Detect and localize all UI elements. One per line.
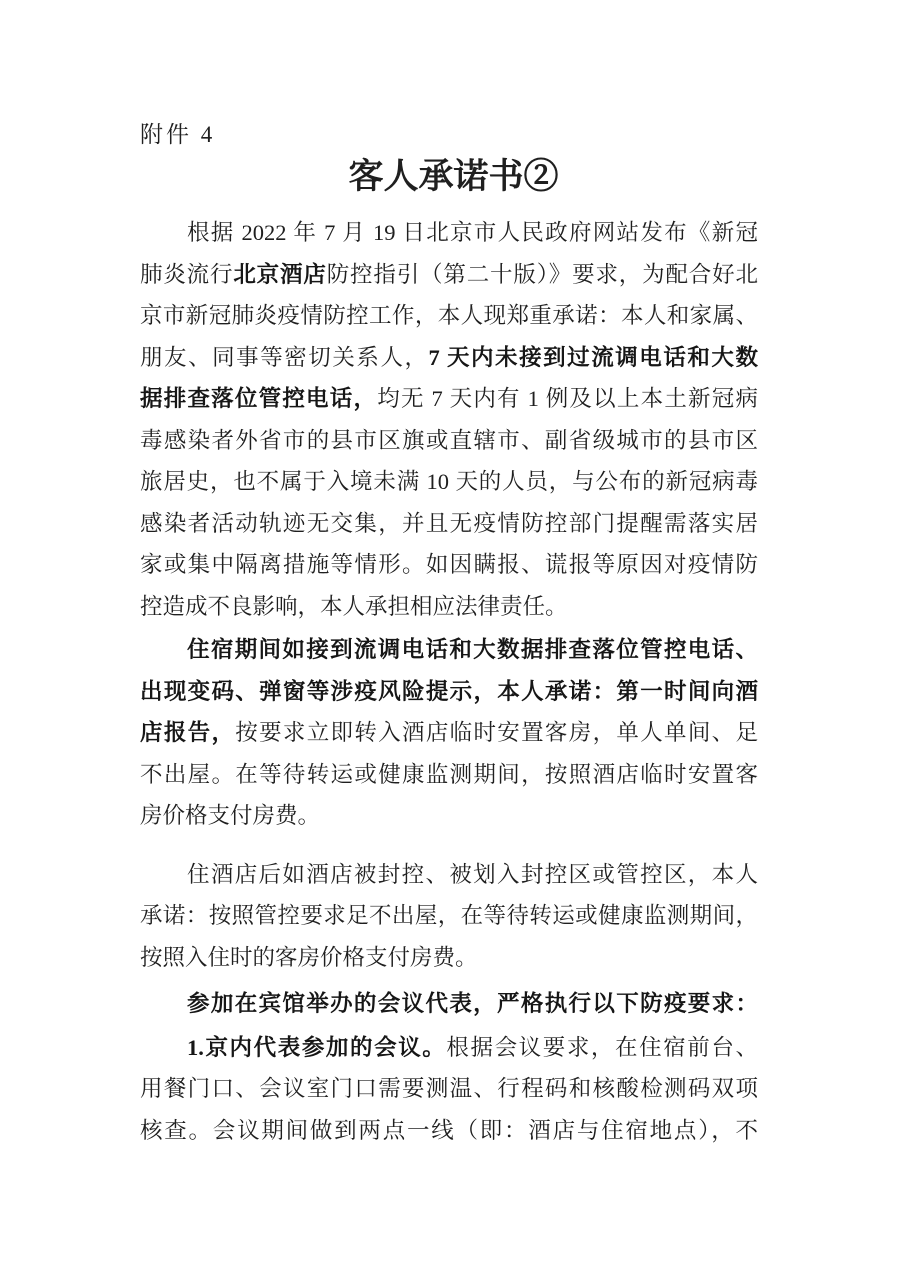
bold-text-segment: 北京酒店 — [233, 262, 326, 287]
text-segment: 控造成不良影响，本人承担相应法律责任。 — [140, 594, 568, 619]
text-line: 京市新冠肺炎疫情防控工作，本人现郑重承诺：本人和家属、 — [140, 295, 758, 337]
text-segment: 房价格支付房费。 — [140, 803, 320, 828]
text-segment: 不出屋。在等待转运或健康监测期间，按照酒店临时安置客 — [140, 762, 758, 787]
text-segment: 按照入住时的客房价格支付房费。 — [140, 945, 478, 970]
text-segment: 京市新冠肺炎疫情防控工作，本人现郑重承诺：本人和家属、 — [140, 303, 758, 328]
text-segment: 承诺：按照管控要求足不出屋，在等待转运或健康监测期间， — [140, 903, 758, 928]
text-line: 参加在宾馆举办的会议代表，严格执行以下防疫要求： — [140, 983, 758, 1025]
text-segment: 均无 7 天内有 1 例及以上本土新冠病 — [377, 386, 758, 411]
text-segment: 朋友、同事等密切关系人， — [140, 345, 429, 370]
text-line: 出现变码、弹窗等涉疫风险提示，本人承诺：第一时间向酒 — [140, 671, 758, 713]
text-line: 住酒店后如酒店被封控、被划入封控区或管控区，本人 — [140, 854, 758, 896]
paragraph-1: 根据 2022 年 7 月 19 日北京市人民政府网站发布《新冠肺炎流行北京酒店… — [140, 212, 758, 627]
bold-text-segment: 据排查落位管控电话， — [140, 386, 377, 411]
text-line: 朋友、同事等密切关系人，7 天内未接到过流调电话和大数 — [140, 337, 758, 379]
text-segment: 核查。会议期间做到两点一线（即：酒店与住宿地点），不 — [140, 1118, 758, 1143]
text-line: 房价格支付房费。 — [140, 795, 758, 837]
bold-text-segment: 参加在宾馆举办的会议代表，严格执行以下防疫要求： — [187, 991, 758, 1016]
paragraph-5: 1.京内代表参加的会议。根据会议要求，在住宿前台、用餐门口、会议室门口需要测温、… — [140, 1027, 758, 1152]
text-line: 店报告，按要求立即转入酒店临时安置客房，单人单间、足 — [140, 712, 758, 754]
bold-text-segment: 出现变码、弹窗等涉疫风险提示，本人承诺：第一时间向酒 — [140, 679, 758, 704]
text-line: 按照入住时的客房价格支付房费。 — [140, 937, 758, 979]
document-title: 客人承诺书② — [0, 149, 907, 199]
paragraph-3: 住酒店后如酒店被封控、被划入封控区或管控区，本人承诺：按照管控要求足不出屋，在等… — [140, 854, 758, 979]
paragraph-4: 参加在宾馆举办的会议代表，严格执行以下防疫要求： — [140, 983, 758, 1025]
attachment-label: 附件 4 — [140, 116, 215, 149]
text-line: 住宿期间如接到流调电话和大数据排查落位管控电话、 — [140, 629, 758, 671]
text-segment: 防控指引（第二十版）》要求，为配合好北 — [327, 262, 758, 287]
text-line: 肺炎流行北京酒店防控指引（第二十版）》要求，为配合好北 — [140, 254, 758, 296]
text-segment: 肺炎流行 — [140, 262, 233, 287]
bold-text-segment: 7 天内未接到过流调电话和大数 — [429, 345, 758, 370]
text-segment: 用餐门口、会议室门口需要测温、行程码和核酸检测码双项 — [140, 1076, 758, 1101]
text-line: 根据 2022 年 7 月 19 日北京市人民政府网站发布《新冠 — [140, 212, 758, 254]
text-line: 旅居史，也不属于入境未满 10 天的人员，与公布的新冠病毒 — [140, 461, 758, 503]
text-segment: 根据会议要求，在住宿前台、 — [446, 1035, 758, 1060]
text-segment: 感染者活动轨迹无交集，并且无疫情防控部门提醒需落实居 — [140, 511, 758, 536]
bold-text-segment: 住宿期间如接到流调电话和大数据排查落位管控电话、 — [187, 637, 758, 662]
text-line: 用餐门口、会议室门口需要测温、行程码和核酸检测码双项 — [140, 1068, 758, 1110]
text-line: 1.京内代表参加的会议。根据会议要求，在住宿前台、 — [140, 1027, 758, 1069]
text-line: 不出屋。在等待转运或健康监测期间，按照酒店临时安置客 — [140, 754, 758, 796]
bold-text-segment: 店报告， — [140, 720, 235, 745]
text-segment: 根据 2022 年 7 月 19 日北京市人民政府网站发布《新冠 — [187, 220, 758, 245]
text-line: 承诺：按照管控要求足不出屋，在等待转运或健康监测期间， — [140, 895, 758, 937]
text-line: 家或集中隔离措施等情形。如因瞒报、谎报等原因对疫情防 — [140, 544, 758, 586]
document-page: 附件 4 客人承诺书② 根据 2022 年 7 月 19 日北京市人民政府网站发… — [0, 0, 907, 1281]
text-line: 感染者活动轨迹无交集，并且无疫情防控部门提醒需落实居 — [140, 503, 758, 545]
text-line: 据排查落位管控电话，均无 7 天内有 1 例及以上本土新冠病 — [140, 378, 758, 420]
document-body: 根据 2022 年 7 月 19 日北京市人民政府网站发布《新冠肺炎流行北京酒店… — [140, 212, 758, 1151]
paragraph-2: 住宿期间如接到流调电话和大数据排查落位管控电话、出现变码、弹窗等涉疫风险提示，本… — [140, 629, 758, 837]
text-segment: 住酒店后如酒店被封控、被划入封控区或管控区，本人 — [187, 862, 758, 887]
text-line: 毒感染者外省市的县市区旗或直辖市、副省级城市的县市区 — [140, 420, 758, 462]
text-segment: 旅居史，也不属于入境未满 10 天的人员，与公布的新冠病毒 — [140, 469, 758, 494]
text-segment: 家或集中隔离措施等情形。如因瞒报、谎报等原因对疫情防 — [140, 552, 758, 577]
text-line: 核查。会议期间做到两点一线（即：酒店与住宿地点），不 — [140, 1110, 758, 1152]
text-segment: 按要求立即转入酒店临时安置客房，单人单间、足 — [235, 720, 758, 745]
text-line: 控造成不良影响，本人承担相应法律责任。 — [140, 586, 758, 628]
bold-text-segment: 1.京内代表参加的会议。 — [187, 1035, 446, 1060]
text-segment: 毒感染者外省市的县市区旗或直辖市、副省级城市的县市区 — [140, 428, 758, 453]
